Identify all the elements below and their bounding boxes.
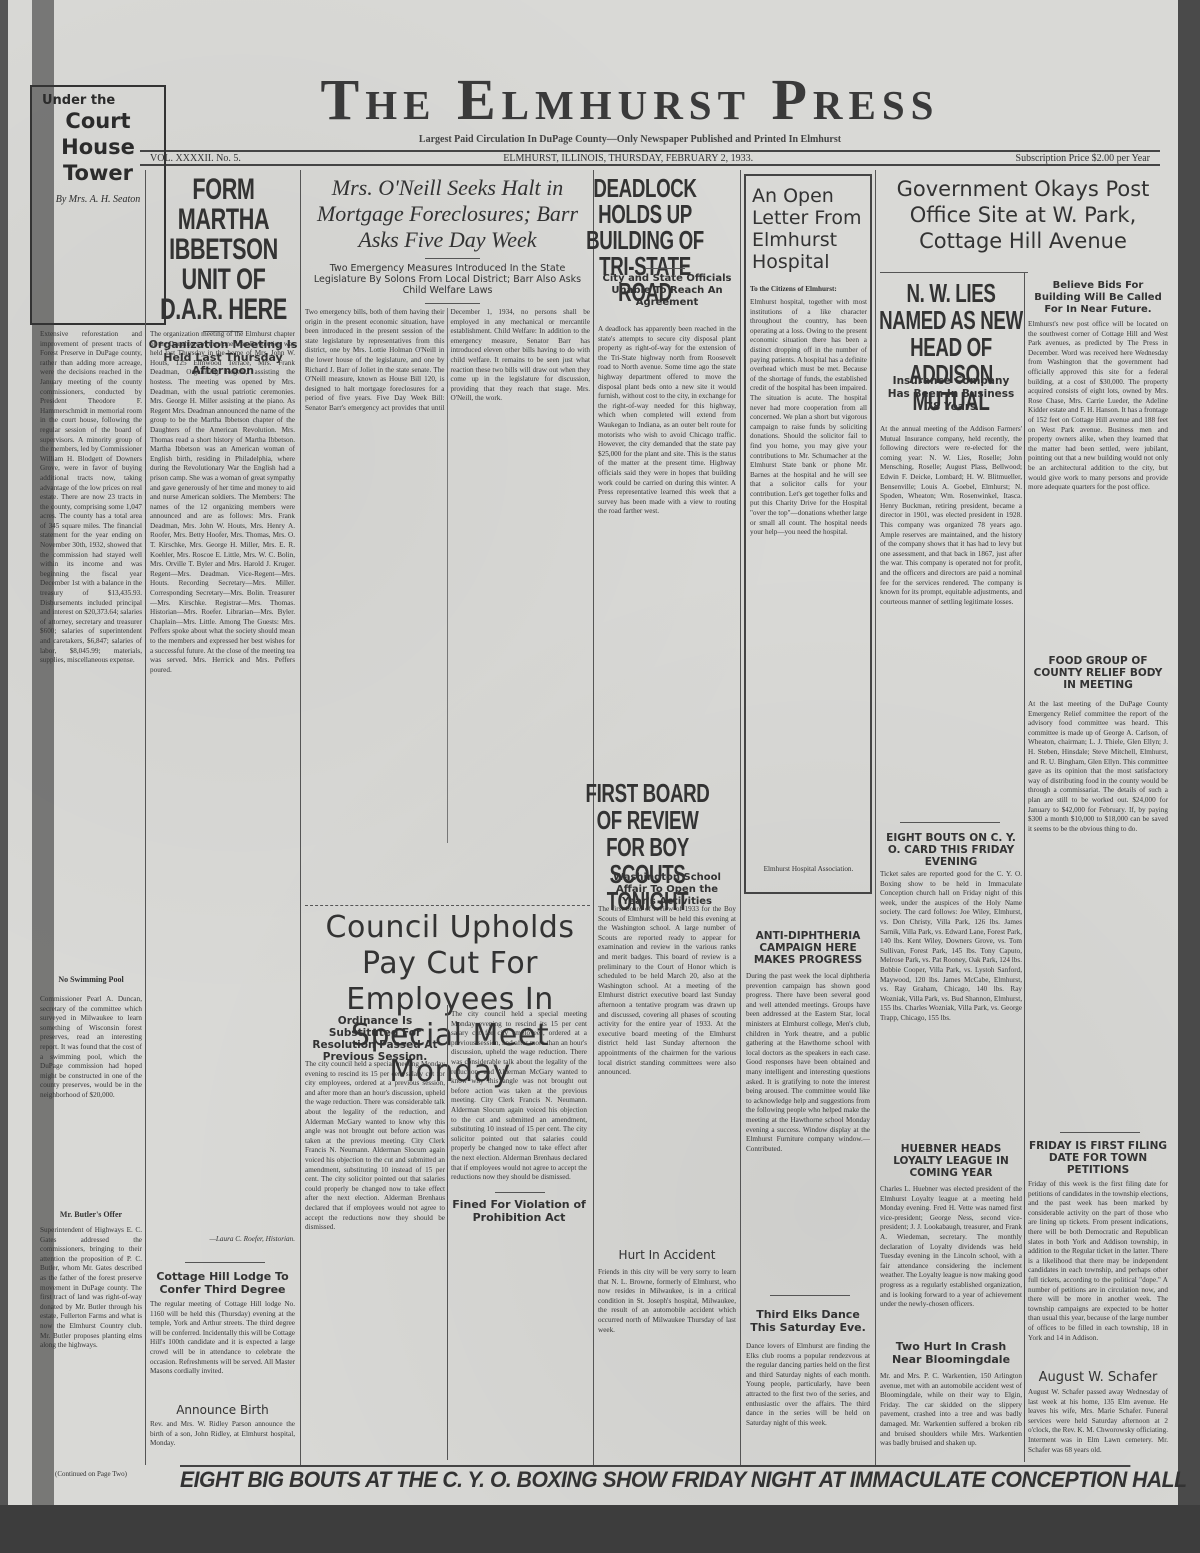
deadlock-body: A deadlock has apparently been reached i… bbox=[598, 325, 736, 765]
fined-headline: Fined For Violation of Prohibition Act bbox=[451, 1198, 587, 1224]
hospital-headline: An Open Letter From Elmhurst Hospital bbox=[752, 185, 867, 273]
column-rule bbox=[740, 170, 741, 1465]
divider bbox=[770, 1295, 850, 1296]
subhead-butler: Mr. Butler's Offer bbox=[40, 1210, 142, 1224]
column-rule bbox=[145, 170, 146, 1465]
divider bbox=[425, 303, 480, 304]
council-body-col2: The city council held a special meeting … bbox=[451, 1010, 587, 1460]
elks-body: Dance lovers of Elmhurst are finding the… bbox=[746, 1342, 870, 1460]
torn-page-bottom bbox=[0, 1505, 1200, 1553]
column-rule bbox=[300, 170, 301, 1465]
diphtheria-body: During the past week the local diphtheri… bbox=[746, 972, 870, 1287]
lodge-body: The regular meeting of Cottage Hill lodg… bbox=[150, 1300, 295, 1395]
dar-body: The organization meeting of the Elmhurst… bbox=[150, 330, 295, 1235]
continued-note: (Continued on Page Two) bbox=[40, 1470, 142, 1482]
lodge-headline: Cottage Hill Lodge To Confer Third Degre… bbox=[150, 1270, 295, 1296]
pool-body: Commissioner Pearl A. Duncan, secretary … bbox=[40, 995, 142, 1205]
diphtheria-headline: ANTI-DIPHTHERIA CAMPAIGN HERE MAKES PROG… bbox=[744, 930, 872, 966]
bottom-banner-headline: EIGHT BIG BOUTS AT THE C. Y. O. BOXING S… bbox=[180, 1465, 1130, 1497]
column-title: Court House bbox=[32, 108, 164, 160]
food-group-body: At the last meeting of the DuPage County… bbox=[1028, 700, 1168, 1130]
column-rule bbox=[1024, 272, 1025, 1462]
masthead: The Elmhurst Press Largest Paid Circulat… bbox=[240, 68, 1020, 145]
birth-headline: Announce Birth bbox=[150, 1403, 295, 1417]
divider bbox=[645, 268, 685, 269]
council-body-col1: The city council held a special meeting … bbox=[305, 1060, 445, 1460]
divider bbox=[305, 905, 590, 907]
oneill-body: Two emergency bills, both of them having… bbox=[305, 308, 590, 843]
crash-body: Mr. and Mrs. P. C. Warkentien, 150 Arlin… bbox=[880, 1372, 1022, 1460]
cyo-body: Ticket sales are reported good for the C… bbox=[880, 870, 1022, 1140]
oneill-deck: Two Emergency Measures Introduced In the… bbox=[305, 263, 590, 296]
elks-headline: Third Elks Dance This Saturday Eve. bbox=[746, 1308, 870, 1334]
birth-body: Rev. and Mrs. W. Ridley Parson announce … bbox=[150, 1420, 295, 1460]
huebner-headline: HUEBNER HEADS LOYALTY LEAGUE IN COMING Y… bbox=[880, 1143, 1022, 1179]
addison-deck: Insurance Company Has Been In Business 7… bbox=[880, 375, 1022, 414]
dar-signature: —Laura C. Roefer, Historian. bbox=[150, 1235, 295, 1257]
subhead-pool: No Swimming Pool bbox=[40, 975, 142, 995]
divider bbox=[880, 272, 1028, 273]
addison-body: At the annual meeting of the Addison Far… bbox=[880, 425, 1022, 815]
crash-headline: Two Hurt In Crash Near Bloomingdale bbox=[880, 1340, 1022, 1366]
court-house-column-body: Extensive reforestation and improvement … bbox=[40, 330, 142, 970]
post-office-headline: Government Okays Post Office Site at W. … bbox=[878, 176, 1168, 254]
schafer-body: August W. Schafer passed away Wednesday … bbox=[1028, 1388, 1168, 1458]
divider bbox=[495, 1192, 545, 1193]
column-rule bbox=[447, 1005, 448, 1460]
divider bbox=[900, 822, 1000, 823]
deadlock-deck: City and State Officials Unable To Reach… bbox=[598, 273, 736, 309]
divider bbox=[1060, 1132, 1140, 1133]
petitions-headline: FRIDAY IS FIRST FILING DATE FOR TOWN PET… bbox=[1028, 1140, 1168, 1176]
council-deck: Ordinance Is Substituted For Resolution … bbox=[305, 1015, 445, 1063]
hurt-headline: Hurt In Accident bbox=[598, 1248, 736, 1262]
newspaper-title: The Elmhurst Press bbox=[240, 68, 1020, 132]
hospital-salutation: To the Citizens of Elmhurst: bbox=[750, 285, 867, 297]
food-group-headline: FOOD GROUP OF COUNTY RELIEF BODY IN MEET… bbox=[1028, 655, 1168, 691]
subscription-price: Subscription Price $2.00 per Year bbox=[1016, 153, 1150, 164]
huebner-body: Charles L. Huebner was elected president… bbox=[880, 1185, 1022, 1340]
post-office-deck: Believe Bids For Building Will Be Called… bbox=[1028, 280, 1168, 316]
dar-headline: FORM MARTHA IBBETSON UNIT OF D.A.R. HERE bbox=[150, 175, 298, 325]
petitions-body: Friday of this week is the first filing … bbox=[1028, 1180, 1168, 1355]
dateline-bar: VOL. XXXXII. No. 5. ELMHURST, ILLINOIS, … bbox=[140, 150, 1160, 166]
scouts-body: The first board of review of 1933 for th… bbox=[598, 905, 736, 1235]
column-kicker: Under the bbox=[32, 93, 164, 108]
cyo-headline: EIGHT BOUTS ON C. Y. O. CARD THIS FRIDAY… bbox=[880, 832, 1022, 868]
butler-body: Superintendent of Highways E. C. Gates a… bbox=[40, 1226, 142, 1458]
hurt-body: Friends in this city will be very sorry … bbox=[598, 1268, 736, 1458]
oneill-headline: Mrs. O'Neill Seeks Halt in Mortgage Fore… bbox=[305, 175, 590, 253]
hospital-signature: Elmhurst Hospital Association. bbox=[750, 865, 867, 889]
schafer-headline: August W. Schafer bbox=[1028, 1370, 1168, 1385]
divider bbox=[425, 258, 480, 259]
scouts-deck: Washington School Affair To Open the Yea… bbox=[598, 872, 736, 908]
divider bbox=[185, 1262, 265, 1263]
issue-date: ELMHURST, ILLINOIS, THURSDAY, FEBRUARY 2… bbox=[503, 153, 753, 164]
page-edge bbox=[1178, 0, 1200, 1553]
hospital-body: Elmhurst hospital, together with most in… bbox=[750, 298, 867, 858]
post-office-body: Elmhurst's new post office will be locat… bbox=[1028, 320, 1168, 650]
tagline: Largest Paid Circulation In DuPage Count… bbox=[240, 134, 1020, 145]
